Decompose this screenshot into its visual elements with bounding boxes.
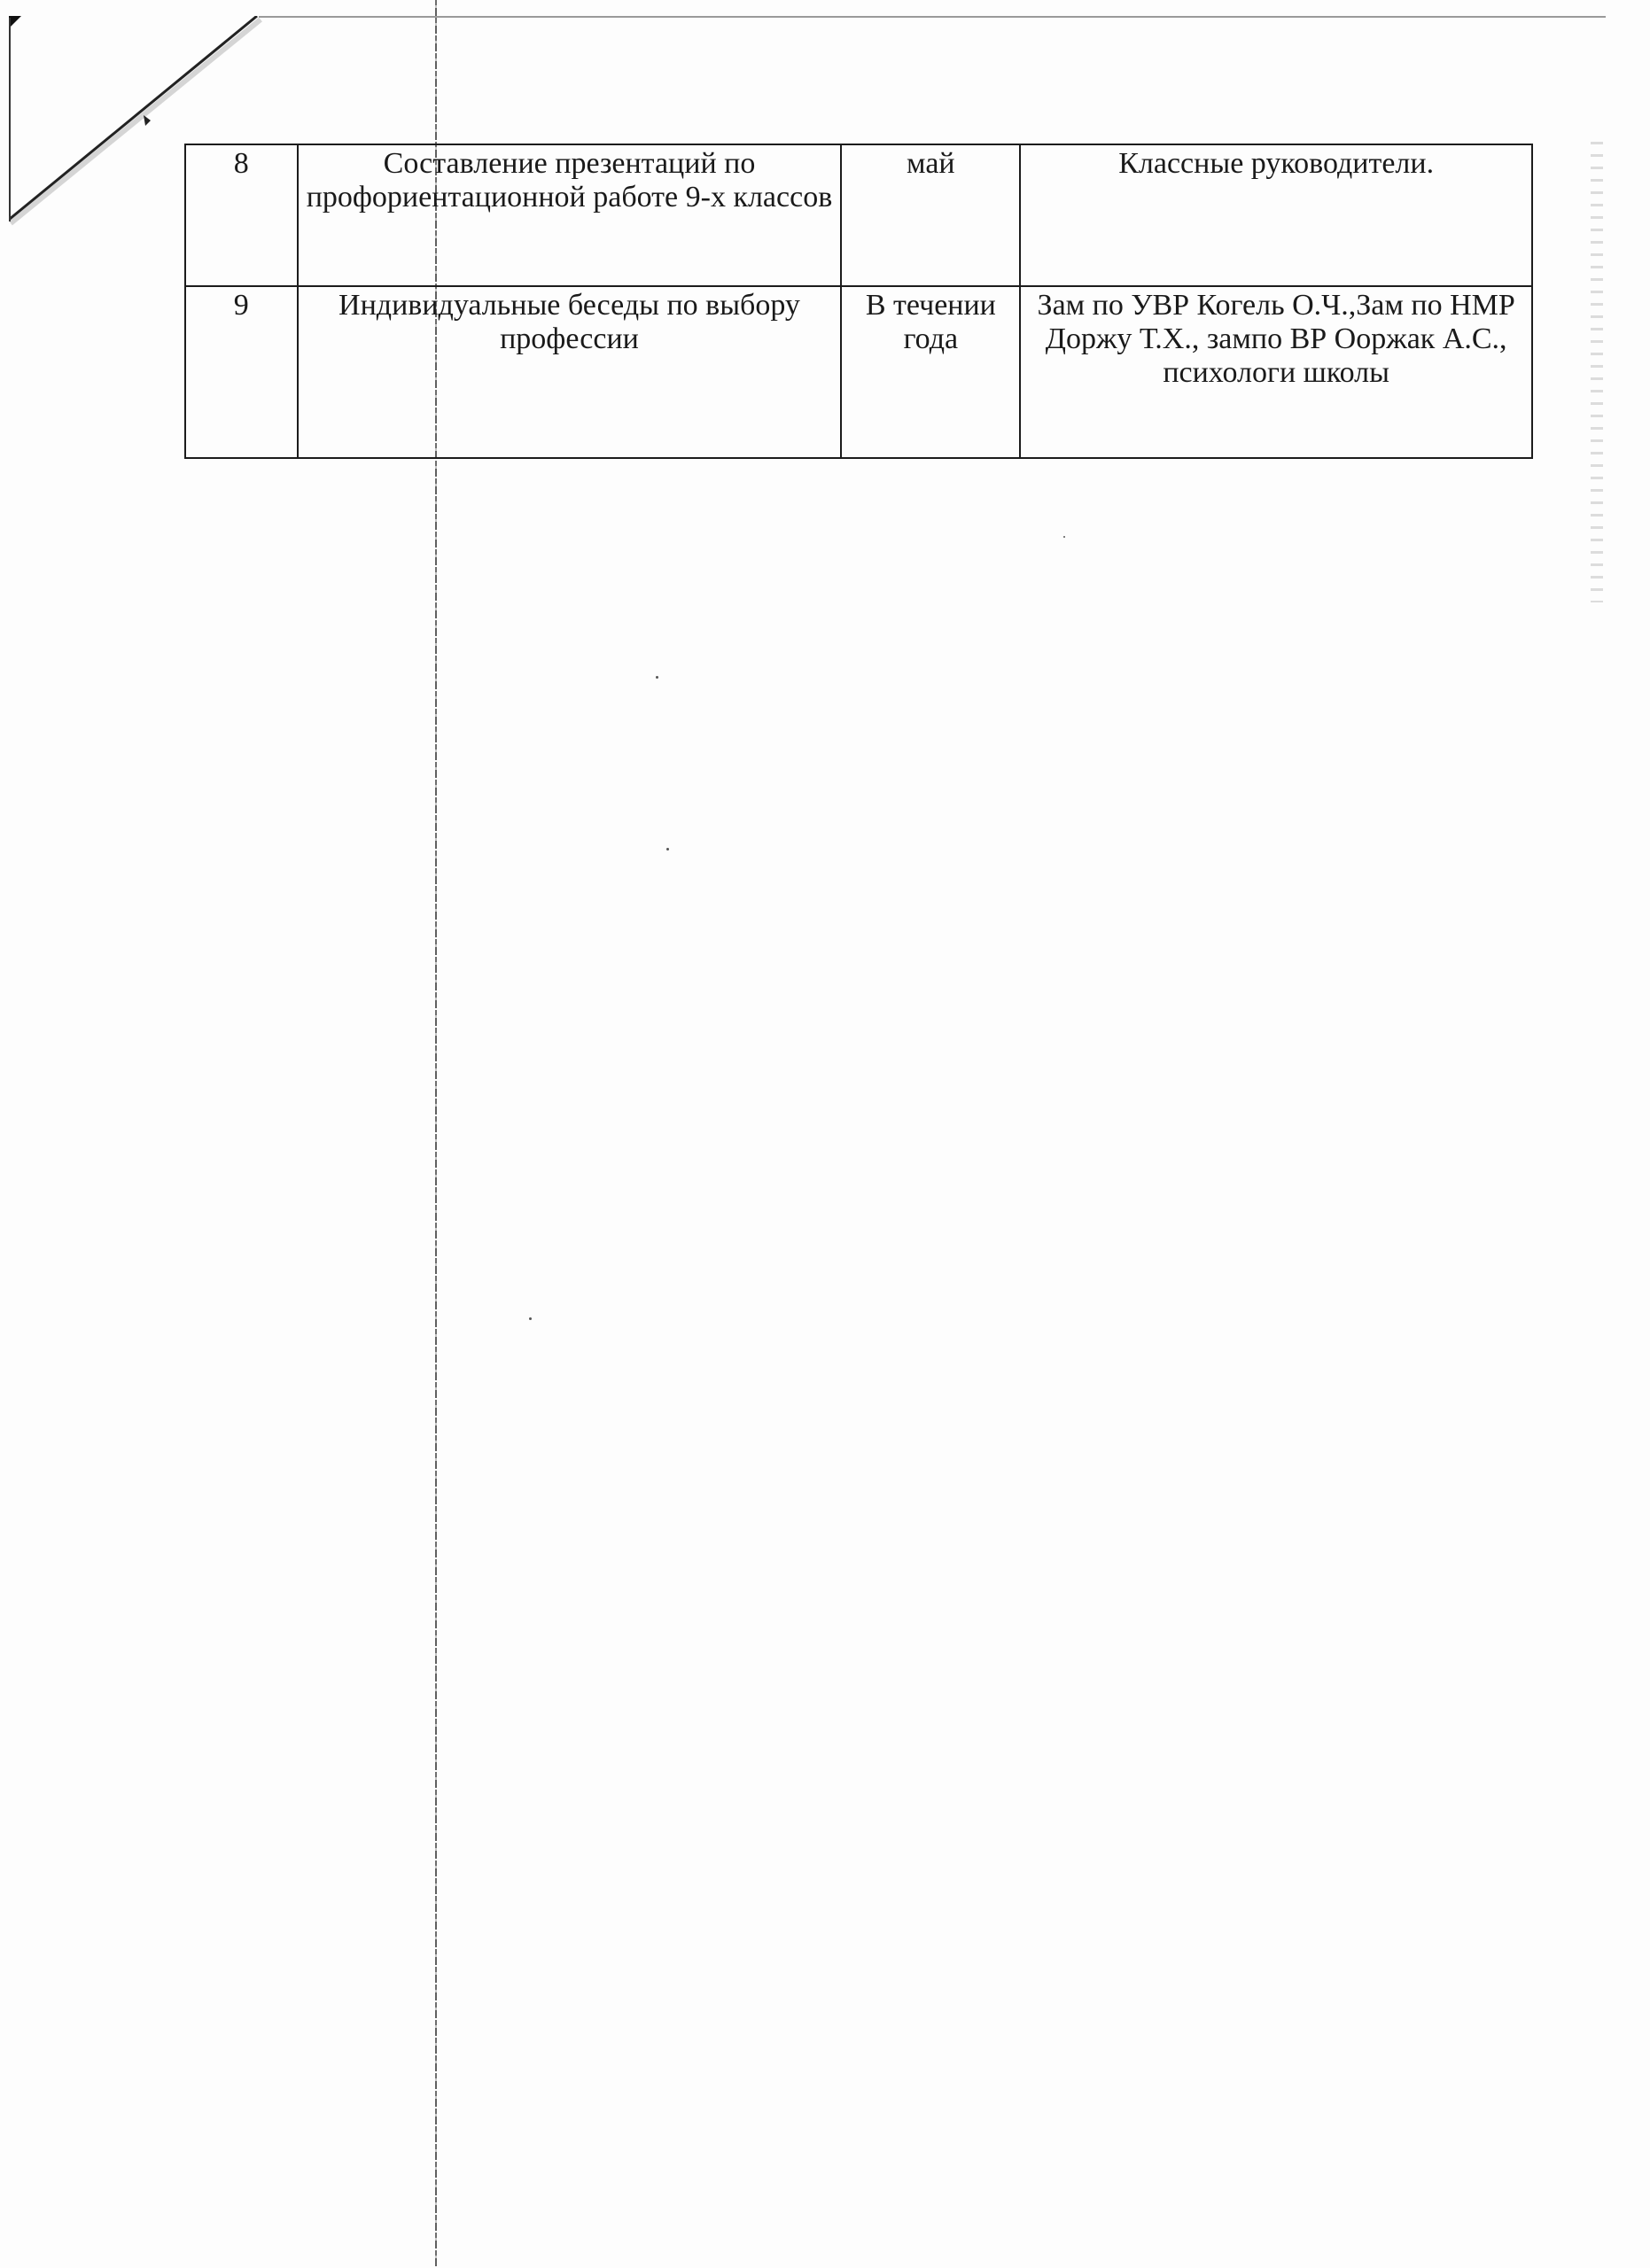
table-row: 8 Составление презентаций по профориента… xyxy=(185,144,1532,286)
row-number-cell: 8 xyxy=(185,144,298,286)
activity-cell: Индивидуальные беседы по выбору професси… xyxy=(298,286,842,458)
date-text: В течении года xyxy=(866,289,996,355)
table-row: 9 Индивидуальные беседы по выбору профес… xyxy=(185,286,1532,458)
responsible-cell: Зам по УВР Когель О.Ч.,Зам по НМР Доржу … xyxy=(1020,286,1532,458)
date-cell: май xyxy=(841,144,1020,286)
page-left-edge xyxy=(9,18,11,221)
activity-text: Индивидуальные беседы по выбору професси… xyxy=(339,289,800,355)
page-top-edge xyxy=(259,16,1606,18)
scan-speck xyxy=(656,676,658,679)
date-text: май xyxy=(907,147,955,180)
scanned-page: 8 Составление презентаций по профориента… xyxy=(0,0,1650,2268)
row-number: 9 xyxy=(234,289,249,322)
activity-text: Составление презентаций по профориентаци… xyxy=(307,147,833,214)
row-number-cell: 9 xyxy=(185,286,298,458)
date-cell: В течении года xyxy=(841,286,1020,458)
scan-speck xyxy=(529,1317,532,1320)
scan-speck xyxy=(666,848,669,850)
scan-speck xyxy=(1063,536,1065,538)
scan-noise xyxy=(1591,142,1603,602)
responsible-text: Классные руководители. xyxy=(1118,147,1434,180)
activity-cell: Составление презентаций по профориентаци… xyxy=(298,144,842,286)
row-number: 8 xyxy=(234,147,249,180)
plan-table: 8 Составление презентаций по профориента… xyxy=(184,144,1533,459)
responsible-text: Зам по УВР Когель О.Ч.,Зам по НМР Доржу … xyxy=(1038,289,1515,389)
responsible-cell: Классные руководители. xyxy=(1020,144,1532,286)
